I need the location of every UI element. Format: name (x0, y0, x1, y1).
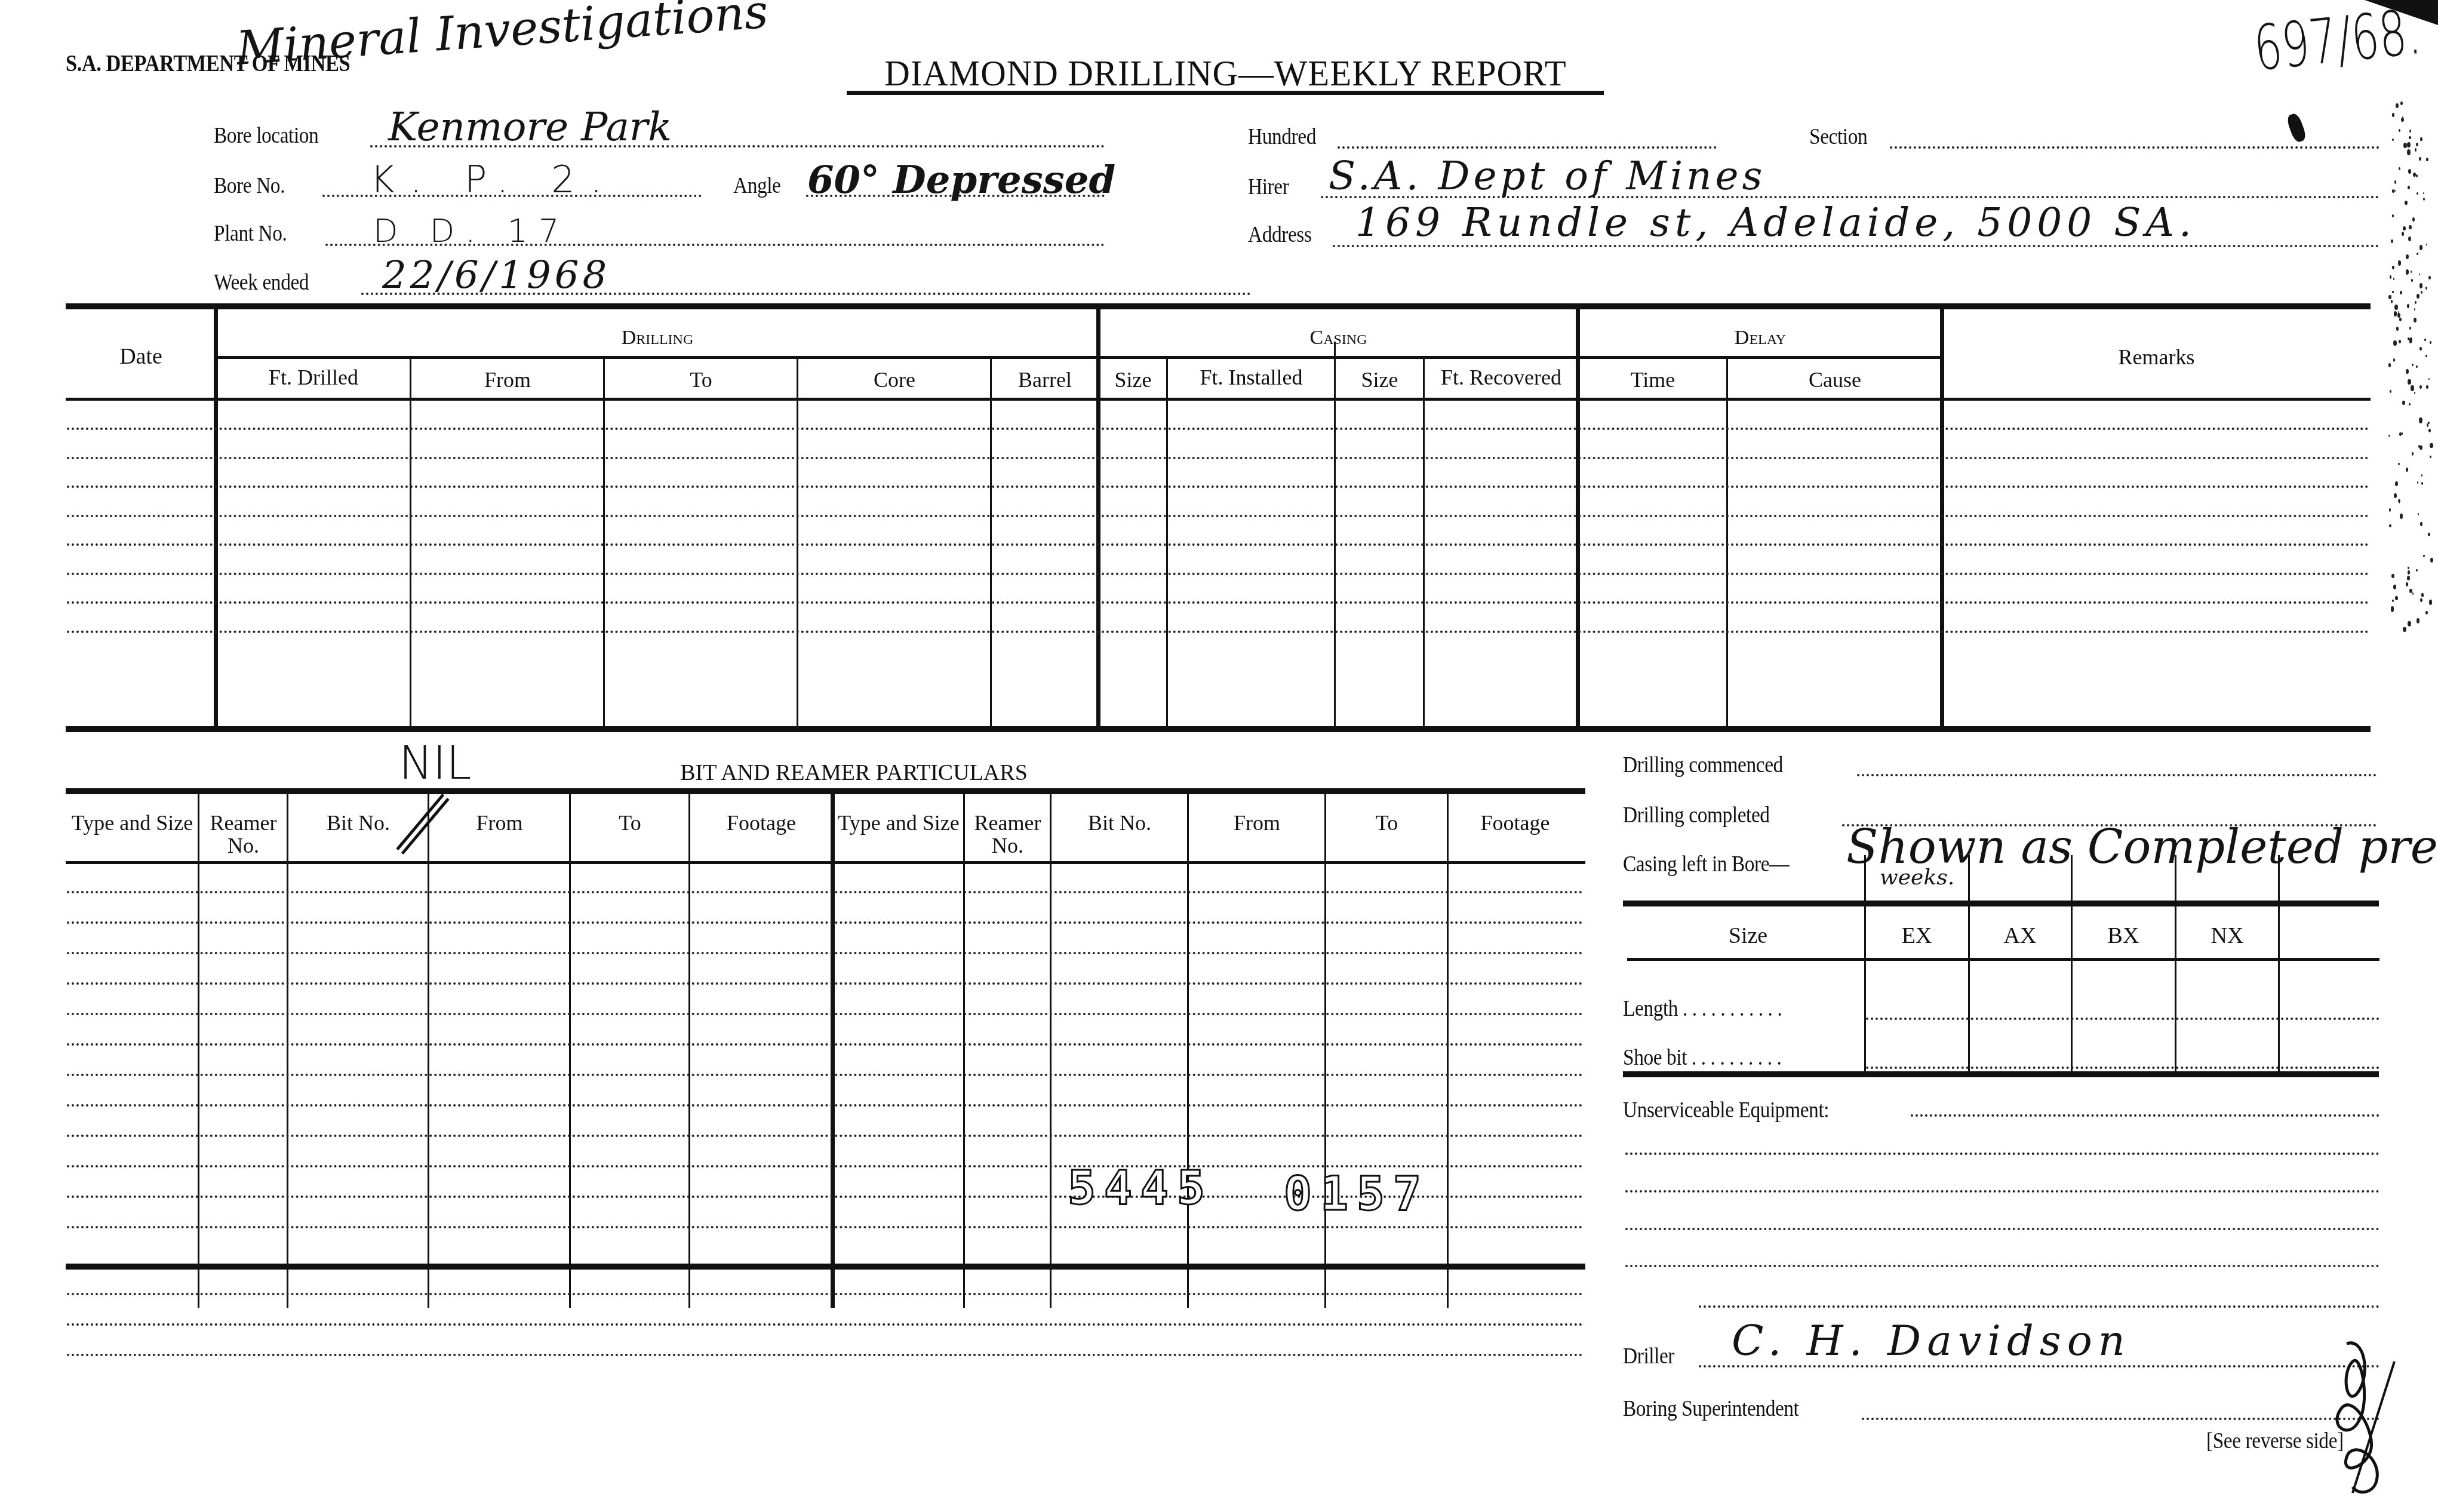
driller-line[interactable] (1699, 1305, 2379, 1308)
bit-col-footage-1: Footage (690, 812, 833, 835)
drilling-commenced-line[interactable] (1857, 774, 2376, 776)
scan-speck (2408, 337, 2409, 340)
divider-cause (1726, 358, 1728, 727)
scan-speck (2415, 148, 2417, 152)
divider-ft-installed (1166, 358, 1168, 727)
scan-speck (2420, 137, 2422, 141)
table-row[interactable] (67, 1013, 1584, 1015)
plant-no-label: Plant No. (214, 222, 287, 245)
title-underline (847, 91, 1604, 95)
rule-casing-header-bottom (1627, 958, 2379, 961)
casing-divider-4 (2175, 855, 2176, 1071)
scan-speck (2391, 300, 2393, 303)
scan-speck (2396, 103, 2399, 109)
scan-speck (2416, 365, 2417, 368)
scan-speck (2392, 113, 2394, 117)
scan-speck (2395, 481, 2398, 486)
scan-speck (2393, 585, 2396, 589)
notes-line-2 (67, 1323, 1584, 1326)
scan-speck (2414, 308, 2415, 311)
column-ft-recovered: Ft. Recovered (1424, 367, 1578, 389)
scan-speck (2414, 318, 2417, 322)
divider-date (214, 309, 218, 727)
divider-ft-recovered (1423, 358, 1425, 727)
scan-speck (2411, 279, 2413, 281)
rule-bottom-table (66, 726, 2371, 732)
bit-col-reamer-no-2: Reamer No. (964, 812, 1051, 858)
bit-divider-9 (1187, 794, 1189, 1308)
nil-annotation: NIL (399, 740, 472, 786)
scan-speck (2398, 260, 2401, 265)
week-ended-value[interactable]: 22/6/1968 (382, 257, 610, 295)
scan-speck (2414, 392, 2415, 394)
column-delay-cause: Cause (1727, 369, 1942, 392)
scan-speck (2406, 254, 2409, 259)
scan-speck (2423, 192, 2424, 194)
bit-divider-7 (963, 794, 965, 1308)
divider-from (410, 358, 411, 727)
hundred-line (1338, 146, 1717, 149)
scan-speck (2392, 189, 2394, 193)
scan-speck (2406, 582, 2408, 586)
scan-speck (2390, 390, 2391, 393)
ink-blot (2285, 112, 2307, 144)
divider-remarks (1940, 309, 1944, 727)
scan-speck (2400, 514, 2403, 519)
angle-value[interactable]: 60° Depressed (807, 161, 1115, 199)
bit-col-reamer-no-1: Reamer No. (199, 812, 288, 858)
bit-divider-2 (287, 794, 288, 1308)
rule-bit-top (66, 788, 1585, 794)
casing-divider-3 (2071, 855, 2073, 1071)
table-row[interactable] (67, 485, 2371, 488)
scan-speck (2418, 513, 2419, 515)
scan-speck (2389, 524, 2391, 528)
scan-speck (2420, 598, 2422, 602)
scan-speck (2419, 283, 2423, 288)
scan-speck (2409, 340, 2412, 344)
scan-speck (2406, 369, 2409, 374)
column-ft-drilled: Ft. Drilled (216, 367, 411, 389)
scan-speck (2426, 385, 2428, 389)
bit-reamer-title: BIT AND REAMER PARTICULARS (666, 761, 1042, 785)
hundred-label: Hundred (1248, 125, 1316, 148)
scan-speck (2412, 364, 2414, 366)
scan-speck (2394, 180, 2396, 183)
scan-speck (2399, 167, 2400, 170)
bit-divider-11 (1447, 794, 1449, 1308)
length-label: Length . . . . . . . . . . . (1623, 997, 1782, 1020)
group-delay-header: Delay (1578, 327, 1942, 349)
scan-speck (2417, 294, 2419, 299)
scan-speck (2400, 291, 2402, 294)
scan-speck (2392, 139, 2394, 141)
rule-casing-table-bottom (1623, 1071, 2379, 1077)
scan-speck (2408, 621, 2411, 626)
unserviceable-line-5[interactable] (1625, 1265, 2379, 1267)
column-ft-installed: Ft. Installed (1167, 367, 1335, 389)
scan-speck (2409, 327, 2411, 330)
casing-size-bx: BX (2071, 924, 2175, 948)
unserviceable-line-2[interactable] (1625, 1153, 2379, 1155)
driller-underline (1699, 1365, 2379, 1367)
scan-speck (2408, 236, 2411, 241)
address-value[interactable]: 169 Rundle st, Adelaide, 5000 SA. (1355, 203, 2196, 242)
shoe-bit-line[interactable] (1866, 1067, 2379, 1069)
casing-size-header: Size (1627, 924, 1869, 948)
scan-speck (2406, 468, 2409, 472)
scan-speck (2394, 493, 2397, 499)
bore-no-value[interactable]: K. P. 2. (370, 161, 617, 198)
scan-speck (2405, 201, 2408, 205)
scan-speck (2403, 627, 2406, 632)
rule-bit-bottom (66, 1264, 1585, 1270)
casing-size-ax: AX (1969, 924, 2071, 948)
scan-speck (2402, 401, 2405, 405)
table-row[interactable] (67, 543, 2371, 546)
scan-speck (2430, 443, 2433, 448)
scan-speck (2407, 576, 2410, 580)
length-line[interactable] (1866, 1018, 2379, 1020)
scan-speck (2423, 198, 2425, 201)
page-title: DIAMOND DRILLING—WEEKLY REPORT (864, 53, 1587, 95)
scan-speck (2399, 340, 2401, 343)
column-core: Core (798, 369, 991, 392)
scan-speck (2419, 347, 2422, 351)
divider-core (797, 358, 798, 727)
scan-speck (2415, 301, 2417, 304)
bit-col-footage-2: Footage (1448, 812, 1582, 835)
scan-speck (2419, 273, 2420, 275)
scan-speck (2412, 592, 2414, 594)
unserviceable-line-1[interactable] (1911, 1114, 2379, 1117)
scan-speck (2396, 327, 2399, 331)
scan-speck (2399, 129, 2400, 132)
superintendent-label: Boring Superintendent (1623, 1397, 1798, 1420)
scan-speck (2425, 287, 2427, 290)
bit-divider-5 (688, 794, 690, 1308)
scan-speck (2407, 149, 2411, 155)
table-row[interactable] (67, 573, 2371, 575)
scan-speck (2417, 253, 2418, 255)
column-delay-time: Time (1578, 369, 1727, 392)
scan-speck (2409, 589, 2412, 594)
scan-speck (2398, 463, 2400, 465)
table-row[interactable] (67, 982, 1584, 985)
unserviceable-line-3[interactable] (1625, 1190, 2379, 1193)
scan-speck (2421, 291, 2422, 294)
scan-speck (2393, 340, 2397, 346)
bit-divider-mid (831, 794, 835, 1308)
bore-no-label: Bore No. (214, 174, 285, 197)
bit-col-type-size-1: Type and Size (66, 812, 199, 835)
scan-speck (2400, 102, 2403, 105)
scan-speck (2424, 339, 2425, 341)
divider-casing (1096, 309, 1100, 727)
scan-speck (2413, 173, 2416, 177)
table-row[interactable] (67, 1135, 1584, 1137)
scan-speck (2428, 276, 2431, 279)
scan-speck (2388, 363, 2391, 367)
bit-divider-10 (1324, 794, 1326, 1308)
bit-divider-8 (1050, 794, 1052, 1308)
table-row[interactable] (67, 891, 1584, 893)
rule-header-bottom (66, 398, 2371, 401)
divider-delay (1576, 309, 1580, 727)
scan-speck (2419, 385, 2422, 389)
bit-col-to-2: To (1326, 812, 1448, 835)
casing-divider-1 (1864, 855, 1866, 1071)
scan-speck (2393, 278, 2394, 280)
angle-label: Angle (733, 174, 781, 197)
scan-speck (2417, 192, 2418, 195)
drilling-commenced-label: Drilling commenced (1623, 754, 1783, 776)
scan-speck (2390, 275, 2391, 278)
shoe-bit-label: Shoe bit . . . . . . . . . . (1623, 1046, 1781, 1069)
scan-speck (2417, 481, 2418, 483)
casing-divider-2 (1968, 855, 1970, 1071)
scan-speck (2421, 593, 2424, 597)
scan-speck (2391, 574, 2394, 578)
table-row[interactable] (67, 515, 2371, 517)
table-row[interactable] (67, 1226, 1584, 1228)
scan-speck (2428, 422, 2430, 424)
scan-speck (2419, 417, 2422, 423)
scan-speck (2411, 385, 2414, 391)
bit-col-bit-no-1: Bit No. (288, 812, 429, 835)
plant-no-value[interactable]: D D. 17 (373, 215, 570, 247)
casing-left-value-line2: weeks. (1880, 867, 1954, 889)
casing-left-label: Casing left in Bore— (1623, 853, 1789, 875)
divider-to (603, 358, 605, 727)
scan-speck (2416, 174, 2418, 177)
scan-speck (2429, 600, 2432, 605)
drilling-completed-label: Drilling completed (1623, 804, 1770, 826)
scan-speck (2408, 567, 2409, 569)
scan-speck (2407, 142, 2411, 147)
table-row[interactable] (67, 1043, 1584, 1046)
scan-speck (2388, 435, 2390, 437)
scan-speck (2407, 304, 2409, 308)
department-name: S.A. DEPARTMENT OF MINES (66, 51, 350, 75)
scan-speck (2408, 379, 2411, 385)
casing-divider-5 (2278, 855, 2280, 1071)
reference-number: 697/68. (2251, 1, 2424, 80)
table-row[interactable] (67, 601, 2371, 604)
scan-speck (2430, 341, 2431, 344)
scan-speck (2403, 143, 2407, 148)
bit-col-from-2: From (1188, 812, 1326, 835)
scan-speck (2402, 232, 2404, 236)
scan-speck (2412, 217, 2415, 222)
scan-speck (2391, 606, 2394, 611)
hirer-value[interactable]: S.A. Dept of Mines (1329, 156, 1766, 196)
bit-col-to-1: To (570, 812, 690, 835)
group-drilling-header: Drilling (216, 327, 1099, 349)
scan-speck (2427, 423, 2429, 427)
scan-speck (2426, 244, 2427, 245)
scan-speck (2408, 186, 2410, 189)
table-row[interactable] (67, 428, 2371, 430)
bore-location-value[interactable]: Kenmore Park (388, 107, 672, 147)
table-row[interactable] (67, 1074, 1584, 1076)
bit-col-from-1: From (429, 812, 570, 835)
rule-bit-header-bottom (66, 861, 1585, 864)
scan-speck (2412, 452, 2414, 456)
rule-subheader-top (216, 356, 1942, 359)
column-from: From (411, 369, 604, 392)
scan-speck (2398, 499, 2400, 502)
notes-line-1 (67, 1293, 1584, 1295)
divider-barrel (990, 358, 992, 727)
scan-speck (2420, 522, 2422, 525)
scan-speck (2395, 596, 2397, 600)
scan-speck (2421, 482, 2423, 485)
table-row[interactable] (67, 921, 1584, 924)
divider-casing-size2 (1334, 342, 1336, 727)
bit-divider-3 (428, 794, 429, 1308)
scan-speck (2416, 143, 2418, 146)
column-date-header: Date (66, 345, 216, 369)
casing-size-nx: NX (2175, 924, 2279, 948)
scan-speck (2409, 136, 2411, 139)
stamped-serial-number: 0157 (1284, 1167, 1429, 1221)
week-ended-label: Week ended (214, 271, 309, 294)
scan-speck (2406, 269, 2409, 274)
scan-speck (2399, 432, 2402, 436)
unserviceable-label: Unserviceable Equipment: (1623, 1099, 1829, 1121)
scan-speck (2394, 305, 2398, 310)
scan-speck (2419, 245, 2423, 250)
scan-speck (2392, 291, 2393, 293)
scan-speck (2408, 570, 2410, 574)
scan-speck (2394, 311, 2397, 316)
section-label: Section (1809, 125, 1867, 148)
table-row[interactable] (67, 952, 1584, 954)
scan-speck (2421, 474, 2423, 477)
scan-speck (2419, 157, 2421, 161)
rule-casing-table-top (1623, 901, 2379, 906)
scan-speck (2428, 378, 2430, 380)
driller-value[interactable]: C. H. Davidson (1732, 1320, 2131, 1362)
scan-speck (2409, 403, 2410, 405)
unserviceable-line-4[interactable] (1625, 1228, 2379, 1230)
stamped-bit-number: 5445 (1068, 1161, 1213, 1215)
scan-speck (2428, 533, 2430, 536)
bore-location-label: Bore location (214, 124, 318, 147)
scan-speck (2425, 355, 2427, 358)
scan-speck (2402, 432, 2403, 435)
scan-speck (2399, 318, 2402, 321)
table-row[interactable] (67, 457, 2371, 459)
scan-speck (2393, 358, 2396, 362)
bit-col-type-size-2: Type and Size (833, 812, 964, 835)
rule-top-table (66, 303, 2371, 309)
bit-divider-4 (569, 794, 571, 1308)
column-casing-size: Size (1099, 369, 1167, 392)
superintendent-signature (2317, 1338, 2400, 1499)
column-barrel: Barrel (991, 369, 1099, 392)
scan-speck (2425, 611, 2428, 614)
scan-speck (2423, 555, 2425, 557)
scan-speck (2409, 130, 2411, 133)
casing-size-ex: EX (1865, 924, 1969, 948)
bit-col-bit-no-2: Bit No. (1051, 812, 1188, 835)
scan-speck (2408, 169, 2411, 174)
scan-speck (2428, 429, 2430, 432)
scan-speck (2391, 239, 2393, 243)
scan-speck (2416, 569, 2418, 572)
column-recovered-size: Size (1335, 369, 1424, 392)
casing-left-value[interactable]: Shown as Completed previous (1846, 824, 2438, 871)
bit-divider-1 (198, 794, 199, 1308)
scan-speck (2430, 456, 2431, 458)
scan-speck (2392, 214, 2394, 217)
scan-speck (2430, 558, 2433, 563)
column-remarks-header: Remarks (1942, 346, 2371, 369)
table-row[interactable] (67, 1104, 1584, 1107)
section-line (1890, 146, 2379, 149)
address-label: Address (1248, 223, 1312, 246)
scan-speck (2388, 295, 2391, 299)
scan-speck (2389, 508, 2391, 512)
scan-speck (2417, 618, 2419, 623)
notes-line-3 (67, 1354, 1584, 1356)
column-to: To (604, 369, 798, 392)
superintendent-line[interactable] (1862, 1418, 2379, 1420)
scan-speck (2397, 313, 2400, 318)
scan-speck (2426, 158, 2428, 161)
scan-speck (2411, 271, 2412, 272)
scan-speck (2392, 266, 2394, 269)
scan-speck (2409, 225, 2412, 229)
scan-speck (2392, 600, 2394, 603)
table-row[interactable] (67, 631, 2371, 633)
hirer-label: Hirer (1248, 176, 1289, 198)
group-casing-header: Casing (1099, 327, 1578, 349)
scan-speck (2403, 226, 2406, 231)
driller-label: Driller (1623, 1345, 1674, 1367)
